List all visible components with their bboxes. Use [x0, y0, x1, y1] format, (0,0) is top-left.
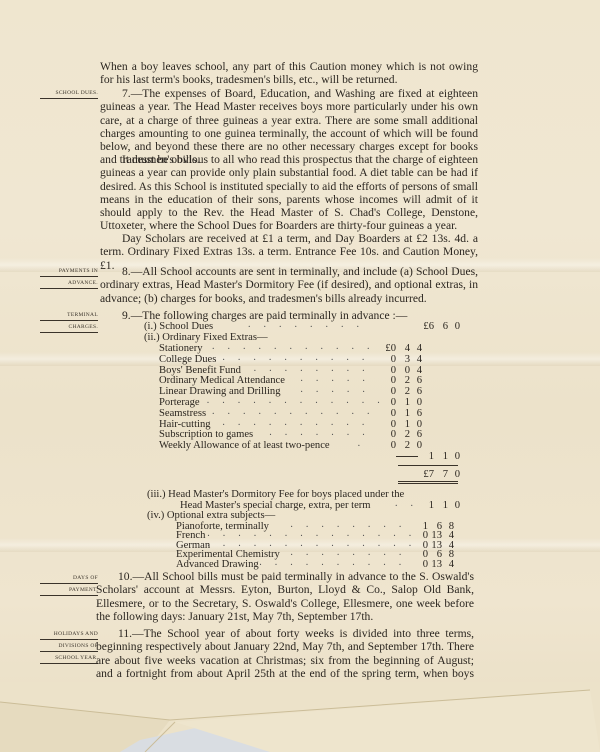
charge-amount: 026: [380, 375, 422, 386]
leader-dots: ........: [254, 363, 378, 374]
leader-dots: .....: [300, 384, 378, 395]
total-rule-top: [398, 465, 458, 466]
optional-amount: 0134: [412, 559, 454, 570]
scanned-page: When a boy leaves school, any part of th…: [0, 0, 600, 752]
amount-total: £770: [418, 469, 460, 480]
leader-dots: .: [358, 438, 374, 449]
margin-label-days-of-payment: Days of Payment.: [40, 574, 98, 598]
leader-dots: ..........: [222, 417, 377, 428]
leader-dots: ...........: [212, 406, 383, 417]
intro-paragraph: When a boy leaves school, any part of th…: [100, 60, 478, 87]
leader-dots: .......: [269, 427, 378, 438]
leader-dots: .....: [300, 373, 378, 384]
charge-amount: 004: [380, 365, 422, 376]
charge-item: Weekly Allowance of at least two-pence: [159, 440, 330, 451]
charge-item: Porterage: [159, 397, 200, 408]
charge-item: Ordinary Medical Attendance: [159, 375, 285, 386]
paragraph-10: 10.—All School bills must be paid termin…: [96, 570, 474, 623]
charge-item: College Dues: [159, 354, 216, 365]
leader-dots: ..........: [222, 352, 377, 363]
margin-label-terminal-charges: Terminal Charges.: [40, 311, 98, 335]
charge-amount: 026: [380, 429, 422, 440]
amount-school-dues: £660: [418, 321, 460, 332]
margin-label-school-dues: School Dues.: [40, 89, 98, 101]
paragraph-7-diet: It must be obvious to all who read this …: [100, 153, 478, 233]
charge-school-dues: (i.) School Dues: [144, 321, 213, 332]
charge-amount: 020: [380, 440, 422, 451]
charge-amount: 010: [380, 419, 422, 430]
folded-paper-edge: [0, 682, 600, 752]
charge-amount: 034: [380, 354, 422, 365]
leader-dots: ...........: [212, 341, 383, 352]
charge-amount: £044: [380, 343, 422, 354]
subtotal-rule: [396, 456, 418, 457]
optional-extras-label: (iv.) Optional extra subjects—: [147, 510, 275, 521]
dormitory-fee-line1: (iii.) Head Master's Dormitory Fee for b…: [147, 489, 404, 500]
leader-dots: ..........: [259, 557, 414, 568]
margin-label-payments-in-advance: Payments in Advance.: [40, 267, 98, 291]
margin-label-holidays: Holidays and Divisions of School Year.: [40, 630, 98, 666]
total-rule-bottom-double: [398, 483, 458, 484]
charge-amount: 016: [380, 408, 422, 419]
charge-item: Hair-cutting: [159, 419, 211, 430]
leader-dots: ............: [207, 395, 393, 406]
paragraph-8: 8.—All School accounts are sent in termi…: [100, 265, 478, 305]
charge-item: Boys' Benefit Fund: [159, 365, 241, 376]
dormitory-fee-line2: Head Master's special charge, extra, per…: [180, 500, 371, 511]
leader-dots: ........: [248, 319, 372, 330]
charge-item: Stationery: [159, 343, 203, 354]
total-rule-bottom: [398, 481, 458, 482]
charge-item: Subscription to games: [159, 429, 253, 440]
charge-item: Seamstress: [159, 408, 206, 419]
amount-extras-subtotal: 110: [418, 451, 460, 462]
charge-amount: 010: [380, 397, 422, 408]
amount-dormitory-fee: 110: [418, 500, 460, 511]
optional-item: Advanced Drawing: [176, 559, 259, 570]
